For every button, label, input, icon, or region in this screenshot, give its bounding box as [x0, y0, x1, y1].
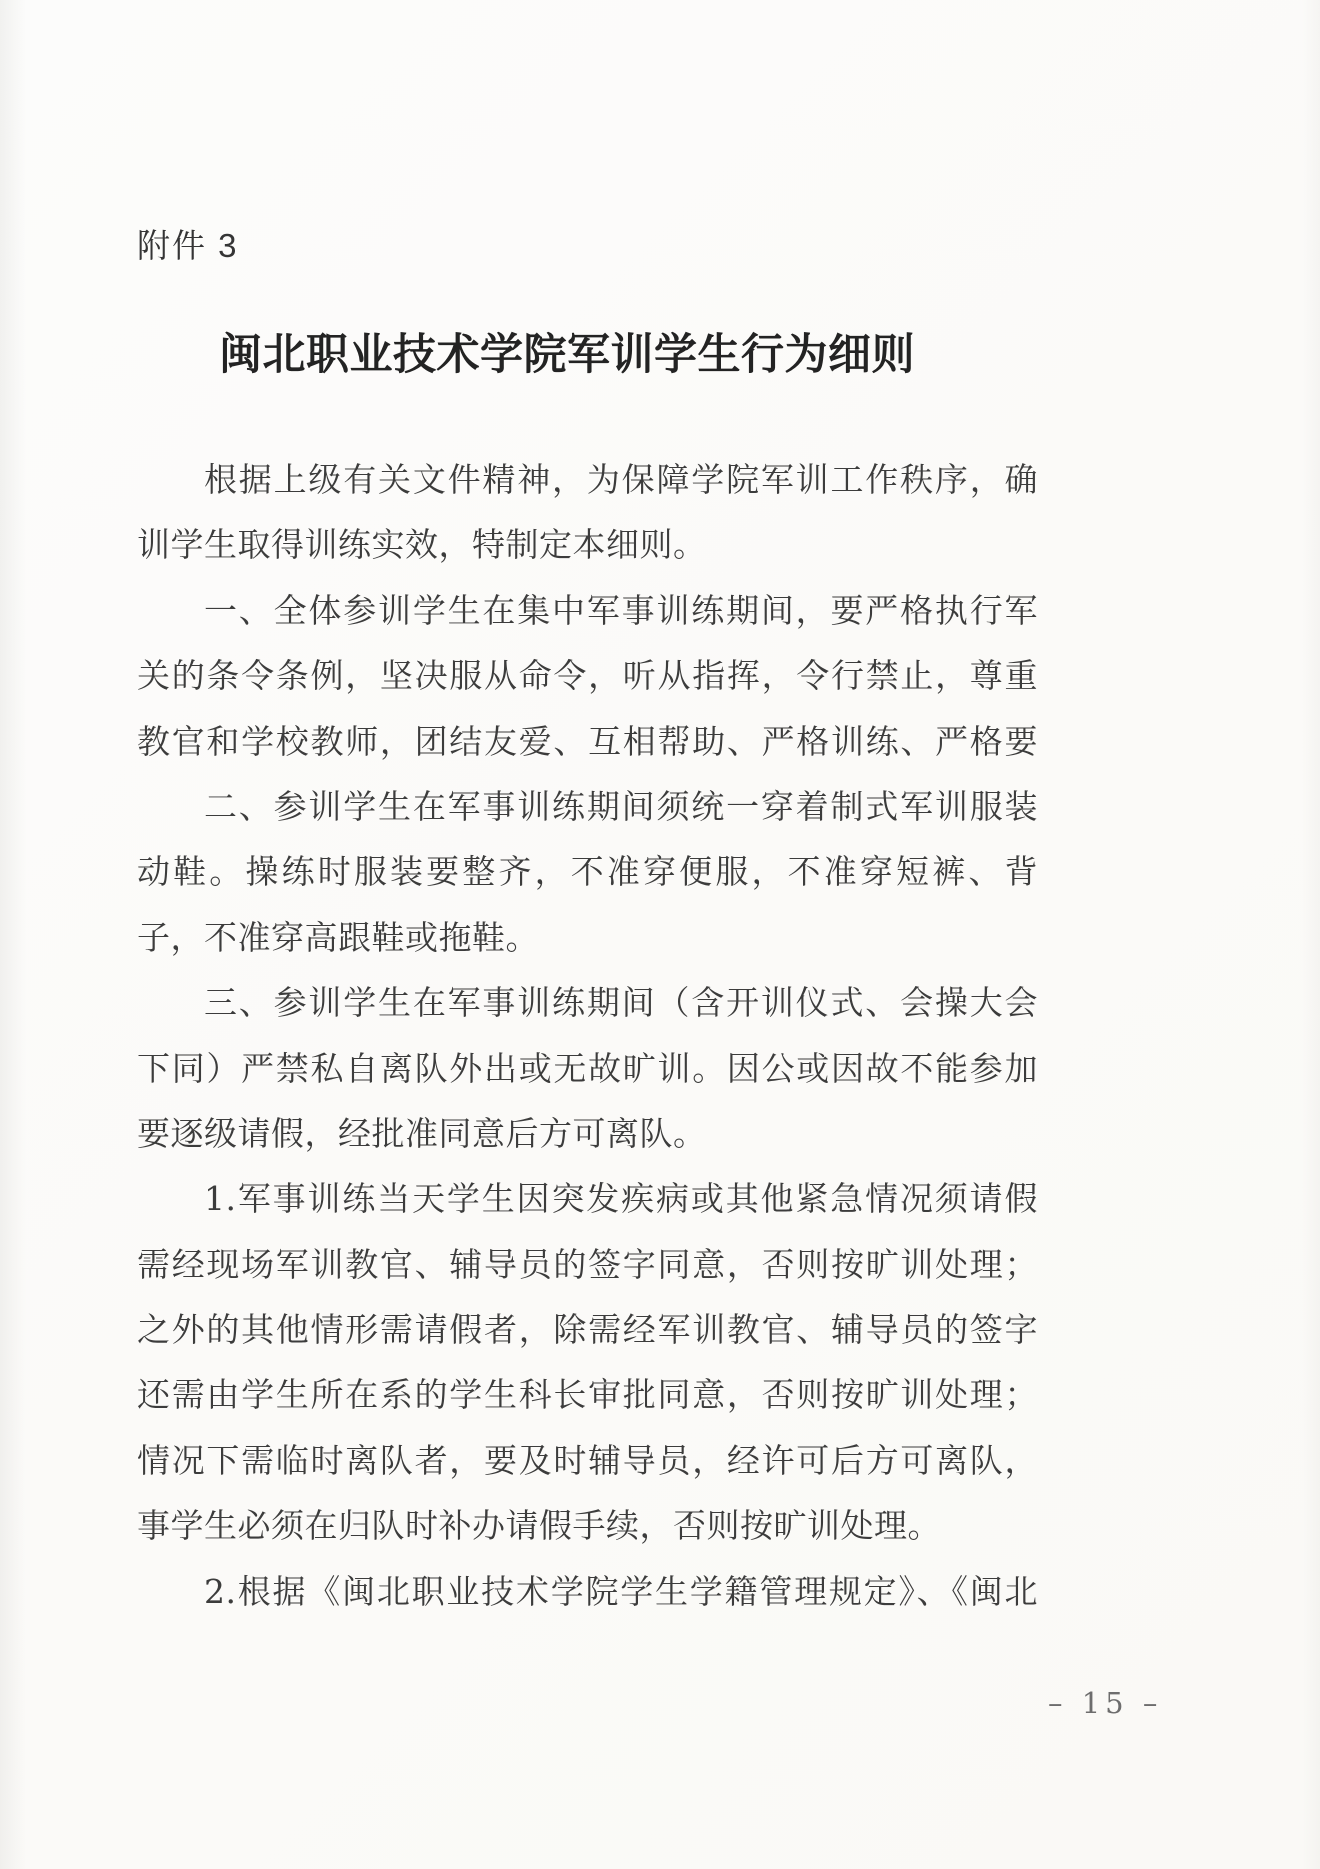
attachment-label: 附件 3 [137, 226, 239, 266]
text-line: 还需由学生所在系的学生科长审批同意，否则按旷训处理；紧急 [137, 1362, 1038, 1427]
text-line: 一、全体参训学生在集中军事训练期间，要严格执行军训相 [137, 578, 1038, 643]
document-title: 闽北职业技术学院军训学生行为细则 [117, 323, 1017, 387]
text-line: 之外的其他情形需请假者，除需经军训教官、辅导员的签字同意， [137, 1297, 1038, 1362]
text-line: 训学生取得训练实效，特制定本细则。 [137, 512, 1038, 577]
text-line: 1.军事训练当天学生因突发疾病或其他紧急情况须请假者， [137, 1166, 1038, 1231]
text-line: 要逐级请假，经批准同意后方可离队。 [137, 1101, 1038, 1166]
text-line: 三、参训学生在军事训练期间（含开训仪式、会操大会等， [137, 970, 1038, 1035]
document-body: 根据上级有关文件精神，为保障学院军训工作秩序，确保参 训学生取得训练实效，特制定… [137, 447, 1038, 1624]
text-line: 动鞋。操练时服装要整齐，不准穿便服，不准穿短裤、背心、裙 [137, 839, 1038, 904]
text-line: 下同）严禁私自离队外出或无故旷训。因公或因故不能参加训练 [137, 1036, 1038, 1101]
page-number: – 15 – [1048, 1686, 1162, 1720]
document-page: 附件 3 闽北职业技术学院军训学生行为细则 根据上级有关文件精神，为保障学院军训… [0, 0, 1320, 1869]
text-line: 2.根据《闽北职业技术学院学生学籍管理规定》、《闽北职 [137, 1559, 1038, 1624]
text-line: 子，不准穿高跟鞋或拖鞋。 [137, 905, 1038, 970]
text-line: 根据上级有关文件精神，为保障学院军训工作秩序，确保参 [137, 447, 1038, 512]
text-line: 教官和学校教师，团结友爱、互相帮助、严格训练、严格要求。 [137, 709, 1038, 774]
text-line: 需经现场军训教官、辅导员的签字同意，否则按旷训处理；除此 [137, 1232, 1038, 1297]
text-line: 二、参训学生在军事训练期间须统一穿着制式军训服装和运 [137, 774, 1038, 839]
text-line: 情况下需临时离队者，要及时辅导员，经许可后方可离队，但当 [137, 1428, 1038, 1493]
text-line: 事学生必须在归队时补办请假手续，否则按旷训处理。 [137, 1493, 1038, 1558]
text-line: 关的条令条例，坚决服从命令，听从指挥，令行禁止，尊重部队 [137, 643, 1038, 708]
